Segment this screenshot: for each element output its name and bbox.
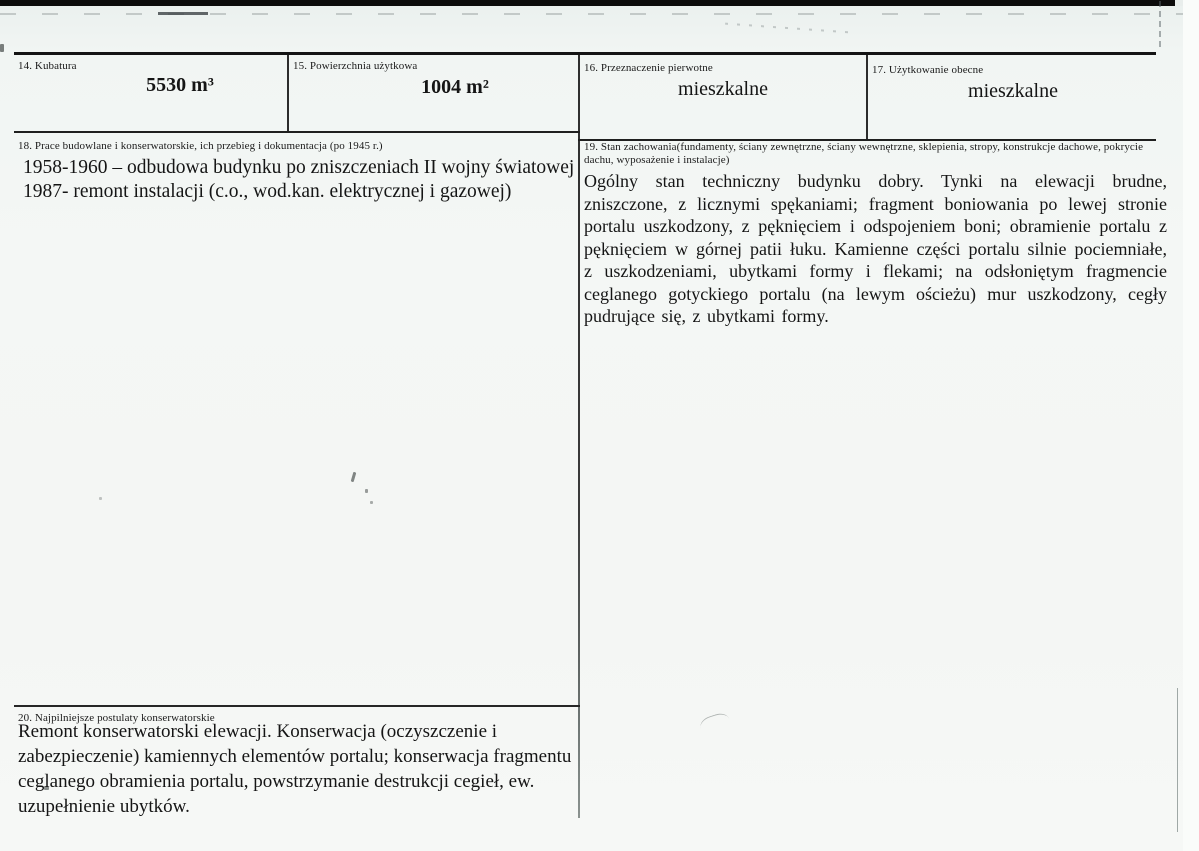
field17-uzytkowanie-label: 17. Użytkowanie obecne [872, 60, 983, 78]
field17-uzytkowanie-value: mieszkalne [868, 80, 1158, 103]
scan-artifact-vertical-dashes [1159, 1, 1161, 47]
scan-artifact-dark-dash [158, 12, 208, 15]
table-top-border [14, 52, 1156, 55]
field-label: 18. Prace budowlane i konserwatorskie, i… [18, 140, 383, 152]
divider-center-vertical [578, 55, 580, 818]
field-label: 16. Przeznaczenie pierwotne [584, 62, 713, 74]
field15-powierzchnia-value: 1004 m² [300, 76, 610, 99]
scan-page-edge-line [1177, 688, 1178, 832]
scan-speck [99, 497, 102, 500]
field19-stan-content: Ogólny stan techniczny budynku dobry. Ty… [584, 170, 1167, 328]
field16-przeznaczenie-value: mieszkalne [580, 78, 866, 101]
field20-top-border [14, 705, 580, 707]
field-label: 17. Użytkowanie obecne [872, 64, 983, 76]
header-row-bottom-border-left [14, 131, 580, 133]
field15-powierzchnia-label: 15. Powierzchnia użytkowa [293, 56, 417, 74]
scan-speck [0, 44, 4, 52]
scan-speck [351, 472, 357, 482]
scan-speck [365, 489, 368, 493]
scan-artifact-arc [698, 711, 732, 736]
field18-line-1: 1958-1960 – odbudowa budynku po zniszcze… [23, 156, 574, 180]
field16-przeznaczenie-label: 16. Przeznaczenie pierwotne [584, 58, 713, 76]
field18-prace-label: 18. Prace budowlane i konserwatorskie, i… [18, 136, 574, 154]
scan-edge-bar [0, 0, 1199, 6]
field19-stan-label: 19. Stan zachowania(fundamenty, ściany z… [584, 141, 1150, 167]
scan-artifact-faint-marks [725, 23, 850, 34]
field14-kubatura-label: 14. Kubatura [18, 56, 77, 74]
scan-speck [370, 501, 373, 504]
scanned-heritage-record-card-page: 14. Kubatura 5530 m³ 15. Powierzchnia uż… [0, 0, 1199, 851]
field18-line-2: 1987- remont instalacji (c.o., wod.kan. … [23, 180, 574, 204]
field14-kubatura-value: 5530 m³ [40, 74, 320, 97]
field20-postulaty-content: Remont konserwatorski elewacji. Konserwa… [18, 719, 580, 819]
field-label: 14. Kubatura [18, 60, 77, 72]
field18-prace-content: 1958-1960 – odbudowa budynku po zniszcze… [23, 156, 574, 204]
scan-page-right-edge [1183, 0, 1199, 851]
field-label: 15. Powierzchnia użytkowa [293, 60, 417, 72]
